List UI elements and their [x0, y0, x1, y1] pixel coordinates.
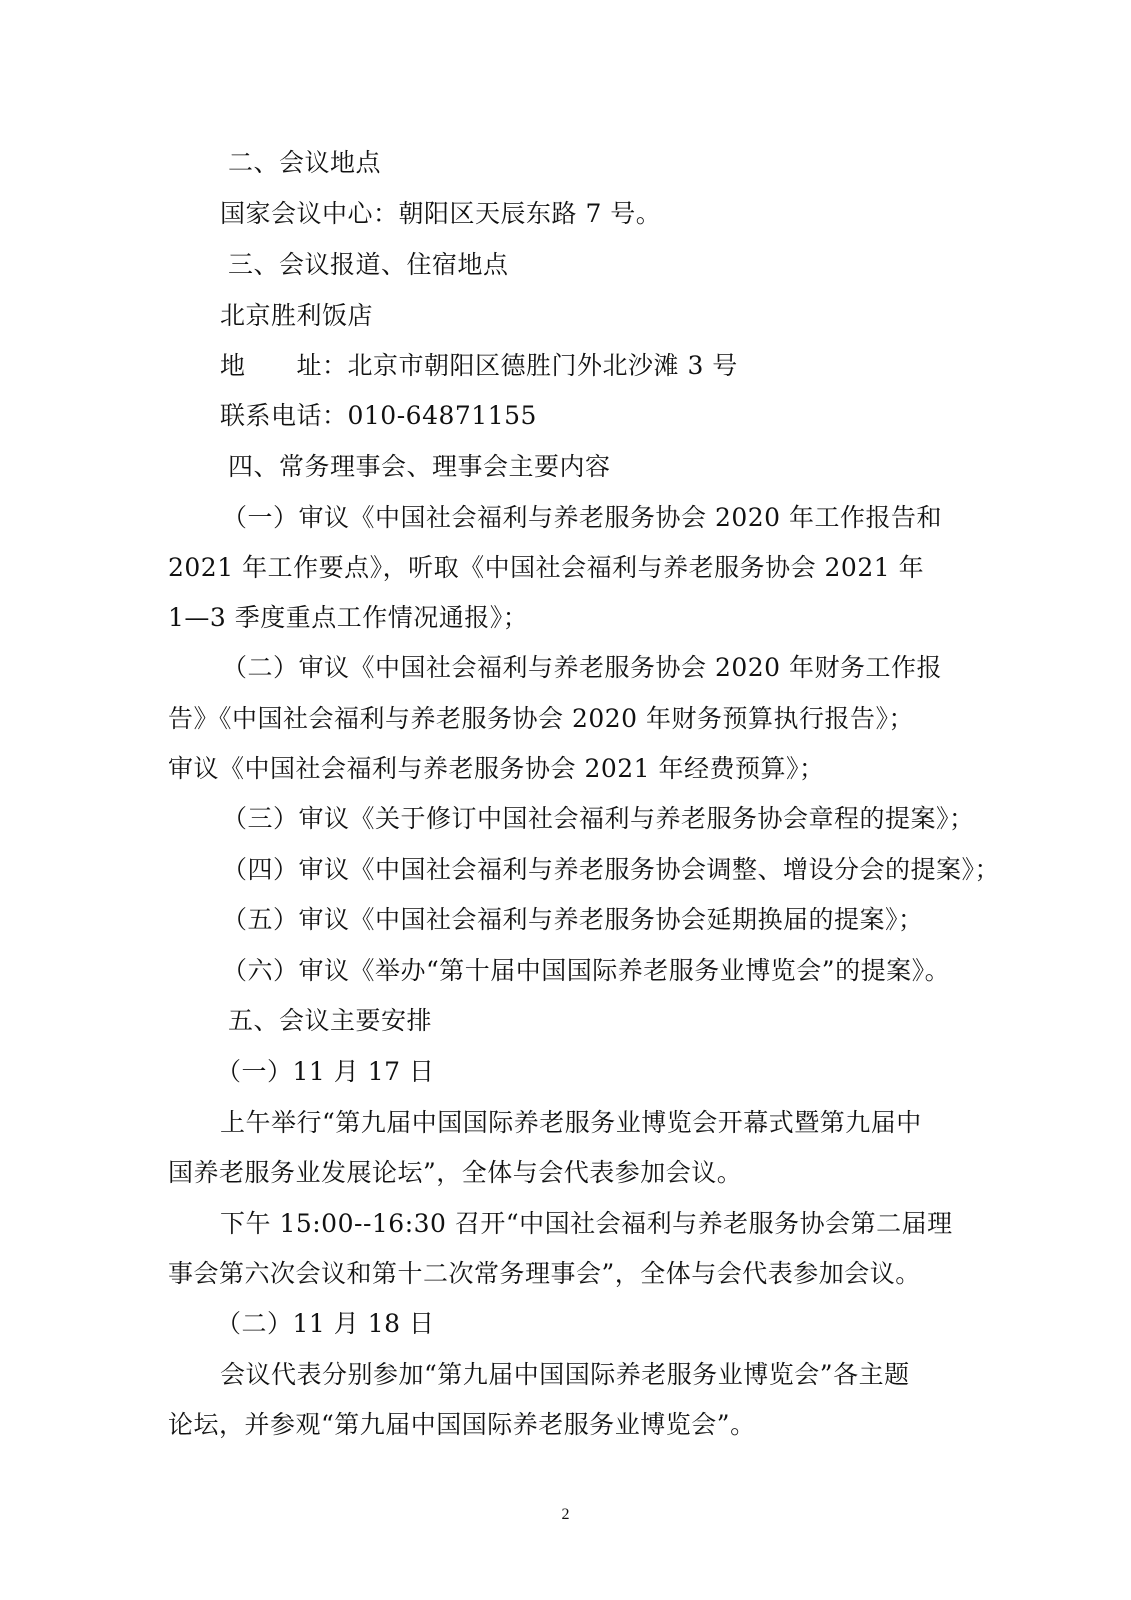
text-line: （五）审议《中国社会福利与养老服务协会延期换届的提案》；: [222, 905, 924, 935]
text-line: 2021 年工作要点》，听取《中国社会福利与养老服务协会 2021 年: [168, 553, 924, 583]
text-line: 审议《中国社会福利与养老服务协会 2021 年经费预算》；: [168, 754, 825, 784]
text-line: （三）审议《关于修订中国社会福利与养老服务协会章程的提案》；: [222, 804, 975, 834]
text-line: （四）审议《中国社会福利与养老服务协会调整、增设分会的提案》；: [222, 855, 1000, 885]
text-line: 事会第六次会议和第十二次常务理事会”，全体与会代表参加会议。: [168, 1259, 921, 1289]
section-heading: 五、会议主要安排: [228, 1006, 432, 1036]
section-heading: 二、会议地点: [228, 148, 381, 178]
text-line: 联系电话：010-64871155: [220, 401, 537, 431]
section-heading: 三、会议报道、住宿地点: [228, 250, 509, 280]
page-number: 2: [0, 1506, 1131, 1524]
text-line: 国家会议中心：朝阳区天辰东路 7 号。: [220, 199, 661, 229]
text-line: 地 址：北京市朝阳区德胜门外北沙滩 3 号: [220, 351, 738, 381]
text-line: 会议代表分别参加“第九届中国国际养老服务业博览会”各主题: [220, 1360, 910, 1390]
text-line: （一）审议《中国社会福利与养老服务协会 2020 年工作报告和: [222, 503, 942, 533]
text-line: 1—3 季度重点工作情况通报》；: [168, 603, 528, 633]
text-line: 北京胜利饭店: [220, 301, 373, 331]
text-line: （二）11 月 18 日: [216, 1309, 434, 1339]
text-line: （一）11 月 17 日: [216, 1057, 434, 1087]
text-line: 告》《中国社会福利与养老服务协会 2020 年财务预算执行报告》；: [168, 704, 914, 734]
section-heading: 四、常务理事会、理事会主要内容: [228, 452, 611, 482]
text-line: 国养老服务业发展论坛”，全体与会代表参加会议。: [168, 1158, 742, 1188]
text-line: 论坛，并参观“第九届中国国际养老服务业博览会”。: [168, 1410, 756, 1440]
text-line: （六）审议《举办“第十届中国国际养老服务业博览会”的提案》。: [222, 956, 950, 986]
text-line: （二）审议《中国社会福利与养老服务协会 2020 年财务工作报: [222, 653, 942, 683]
text-line: 上午举行“第九届中国国际养老服务业博览会开幕式暨第九届中: [220, 1108, 922, 1138]
text-line: 下午 15:00--16:30 召开“中国社会福利与养老服务协会第二届理: [220, 1209, 953, 1239]
